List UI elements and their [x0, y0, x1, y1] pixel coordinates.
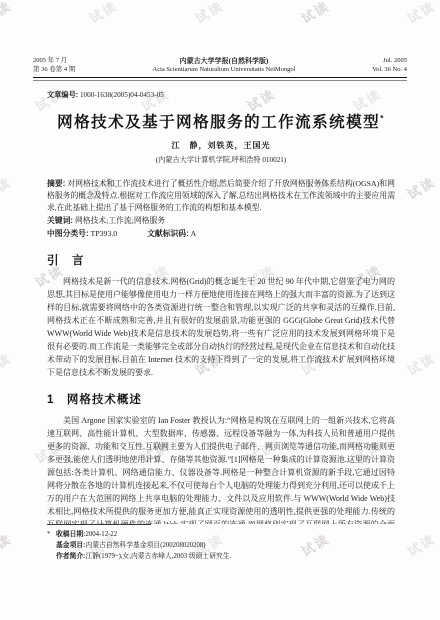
keywords-text: 网格技术;工作流;网格服务	[75, 216, 165, 225]
fund-value: 内蒙古自然科学基金项目(200208020208)	[85, 542, 205, 549]
header-journal-name: 内蒙古大学学报(自然科学版) Acta Scientiarum Naturali…	[111, 57, 337, 74]
footnote-received-line: *收稿日期:2004-12-22	[47, 530, 395, 541]
header-rule-thin	[33, 80, 407, 81]
received-date: 2004-12-22	[85, 531, 117, 538]
section-heading-1: 1 网格技术概述	[47, 391, 395, 407]
journal-title-en: Acta Scientiarum Naturalium Universitati…	[111, 66, 337, 75]
header-rule-thick	[33, 77, 407, 78]
article-number-label: 文章编号:	[47, 90, 78, 99]
journal-header: 2005 年 7 月 第 36 卷第 4 期 内蒙古大学学报(自然科学版) Ac…	[33, 57, 407, 74]
received-label: 收稿日期:	[56, 531, 85, 538]
clc-label: 中图分类号:	[47, 229, 89, 238]
abstract-text: 对网格技术和工作流技术进行了概括性介绍,然后简要介绍了开放网格服务体系结构(OG…	[47, 179, 395, 213]
article-number-line: 文章编号: 1000-1638(2005)04-0453-05	[47, 90, 395, 100]
bio-label: 作者简介:	[56, 553, 85, 560]
fund-label: 基金项目:	[56, 542, 85, 549]
author-affiliation: (内蒙古大学计算机学院,呼和浩特 010021)	[47, 155, 395, 165]
footnote-marker: *	[47, 530, 56, 541]
page-title: 网格技术及基于网格服务的工作流系统模型*	[47, 110, 395, 132]
author-byline: 江 静，刘铁英，王国光	[47, 140, 395, 151]
classification-line: 中图分类号: TP393.0 文献标识码: A	[47, 228, 395, 240]
header-issue-cn: 2005 年 7 月 第 36 卷第 4 期	[33, 57, 111, 74]
paper-main: 2005 年 7 月 第 36 卷第 4 期 内蒙古大学学报(自然科学版) Ac…	[0, 0, 440, 620]
header-date-en: Jul. 2005	[337, 57, 407, 66]
abstract-block: 摘要: 对网格技术和工作流技术进行了概括性介绍,然后简要介绍了开放网格服务体系结…	[47, 178, 395, 215]
title-footnote-mark: *	[380, 113, 385, 122]
keywords-label: 关键词:	[47, 216, 73, 225]
doc-code-label: 文献标识码:	[147, 229, 189, 238]
scanned-paper-page: 试读试读试读试读试读试读试读试读试读试读试读试读试读试读试读试读试读试读试读试读…	[0, 0, 440, 620]
bio-value: 江静(1979~),女,内蒙古赤峰人,2003 级硕士研究生.	[85, 553, 231, 560]
header-date-cn: 2005 年 7 月	[33, 57, 111, 66]
footnote-separator	[47, 524, 151, 525]
header-volume-cn: 第 36 卷第 4 期	[33, 66, 111, 75]
page-body: 2005 年 7 月 第 36 卷第 4 期 内蒙古大学学报(自然科学版) Ac…	[0, 0, 440, 524]
article-number-value: 1000-1638(2005)04-0453-05	[80, 91, 164, 99]
journal-title-cn: 内蒙古大学学报(自然科学版)	[111, 57, 337, 66]
abstract-label: 摘要:	[47, 179, 65, 188]
header-volume-en: Vol. 36 No. 4	[337, 66, 407, 75]
section-heading-intro: 引 言	[47, 252, 395, 268]
footnote-bio-line: 作者简介:江静(1979~),女,内蒙古赤峰人,2003 级硕士研究生.	[47, 552, 395, 563]
keywords-line: 关键词: 网格技术;工作流;网格服务	[47, 215, 395, 227]
header-issue-en: Jul. 2005 Vol. 36 No. 4	[337, 57, 407, 74]
footnote-fund-line: 基金项目:内蒙古自然科学基金项目(200208020208)	[47, 541, 395, 552]
clc-value: TP393.0	[91, 229, 118, 238]
doc-code-value: A	[191, 229, 197, 238]
footnote-block: *收稿日期:2004-12-22 基金项目:内蒙古自然科学基金项目(200208…	[47, 524, 395, 562]
article-content: 文章编号: 1000-1638(2005)04-0453-05 网格技术及基于网…	[47, 90, 395, 525]
intro-paragraph: 网格技术是新一代的信息技术.网格(Grid)的概念诞生于 20 世纪 90 年代…	[47, 275, 395, 379]
article-title-text: 网格技术及基于网格服务的工作流系统模型	[57, 114, 380, 131]
section1-paragraph-1: 美国 Argone 国家实验室的 Ian Foster 教授认为:“网格是构筑在…	[47, 414, 395, 524]
